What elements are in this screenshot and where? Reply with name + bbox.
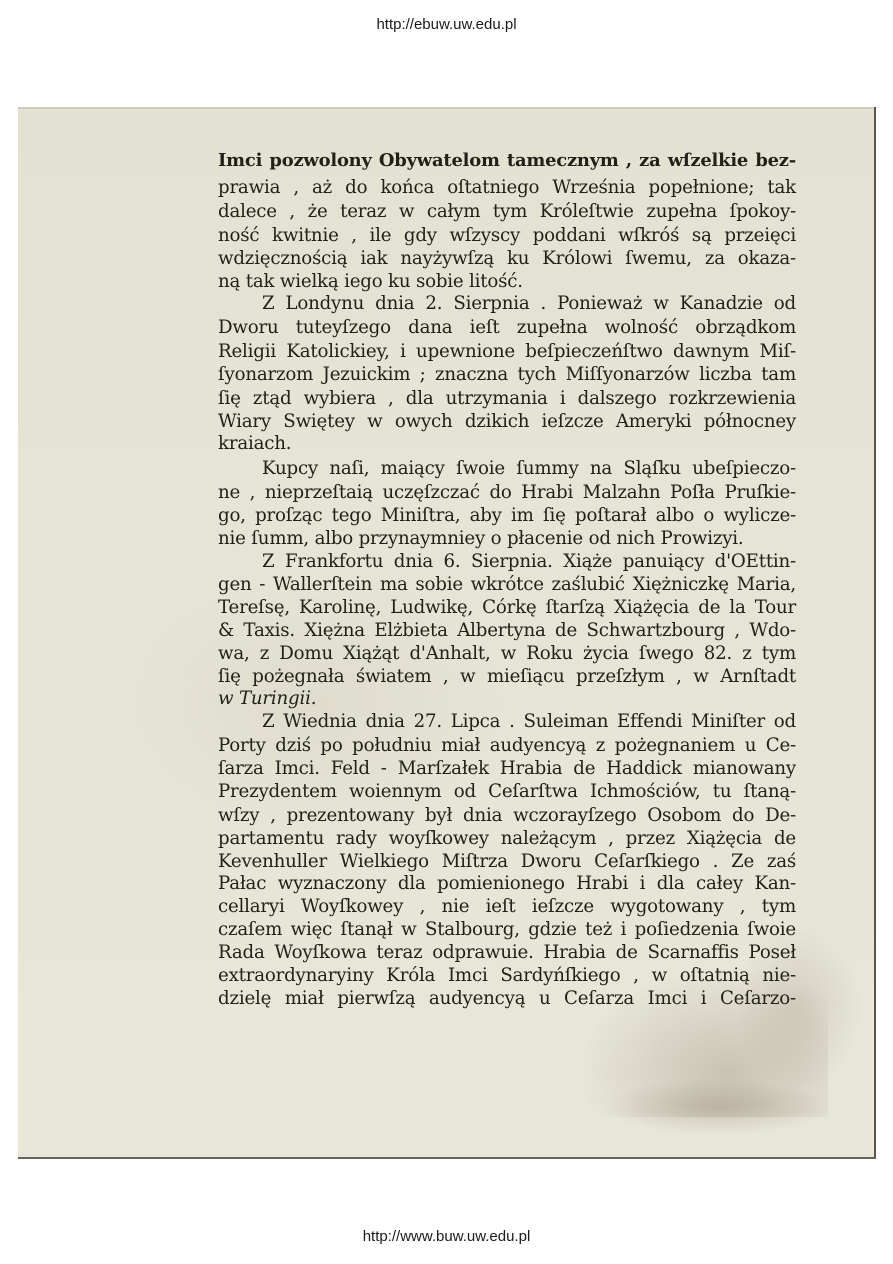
text-line: Dworu tuteyſzego dana ieſt zupełna wolno… xyxy=(218,317,796,339)
text-line: Kevenhuller Wielkiego Miſtrza Dworu Ceſa… xyxy=(218,851,796,873)
text-line: prawia , aż do końca oſtatniego Września… xyxy=(218,177,796,199)
text-line: Kupcy naſi, maiący ſwoie ſummy na Sląſku… xyxy=(262,458,796,480)
text-line: ność kwitnie , ile gdy wſzyscy poddani w… xyxy=(218,225,796,247)
text-line: kraiach. xyxy=(218,433,796,455)
text-line: dalece , że teraz w całym tym Króleſtwie… xyxy=(218,201,796,223)
text-line: Tereſsę, Karolinę, Ludwikę, Córkę ſtarſz… xyxy=(218,597,796,619)
text-line: ſię ztąd wybiera , dla utrzymania i dals… xyxy=(218,388,796,410)
text-line: Imci pozwolony Obywatelom tamecznym , za… xyxy=(218,150,796,172)
dateline-line: Z Londynu dnia 2. Sierpnia . Ponieważ w … xyxy=(262,293,796,315)
text-line: gen - Wallerſtein ma sobie wkrótce zaślu… xyxy=(218,574,796,596)
text-line: Porty dziś po południu miał audyencyą z … xyxy=(218,735,796,757)
text-line: go, proſząc tego Miniſtra, aby im ſię po… xyxy=(218,505,796,527)
dateline-line: Z Frankfortu dnia 6. Sierpnia. Xiąże pan… xyxy=(262,551,796,573)
text-line: dzielę miał pierwſzą audyencyą u Ceſarza… xyxy=(218,988,796,1010)
text-line: extraordynaryiny Króla Imci Sardyńſkiego… xyxy=(218,965,796,987)
text-line: ną tak wielką iego ku sobie litość. xyxy=(218,271,796,293)
dateline-line: Z Wiednia dnia 27. Lipca . Suleiman Effe… xyxy=(262,711,796,733)
footer-url[interactable]: http://www.buw.uw.edu.pl xyxy=(0,1228,893,1245)
header-url[interactable]: http://ebuw.uw.edu.pl xyxy=(0,16,893,33)
text-line: Prezydentem woiennym od Ceſarſtwa Ichmoś… xyxy=(218,781,796,803)
text-line: Religii Katolickiey, i upewnione beſpiec… xyxy=(218,341,796,363)
text-line: wdzięcznością iak nayżywſzą ku Królowi ſ… xyxy=(218,248,796,270)
text-line: nie ſumm, albo przynaymniey o płacenie o… xyxy=(218,528,796,550)
text-line: wſzy , prezentowany był dnia wczorayſzeg… xyxy=(218,805,796,827)
text-line: ne , nieprzeſtaią uczęſzczać do Hrabi Ma… xyxy=(218,482,796,504)
text-line: cellaryi Woyſkowey , nie ieſt ieſzcze wy… xyxy=(218,896,796,918)
text-line: Pałac wyznaczony dla pomienionego Hrabi … xyxy=(218,873,796,895)
text-line: ſię pożegnała światem , w mieſiącu przeſ… xyxy=(218,666,796,688)
text-line: ſyonarzom Jezuickim ; znaczna tych Miſſy… xyxy=(218,364,796,386)
text-line: w Turingii. xyxy=(218,688,796,710)
text-line: Rada Woyſkowa teraz odprawuie. Hrabia de… xyxy=(218,942,796,964)
text-line: czaſem więc ſtanął w Stalbourg, gdzie te… xyxy=(218,919,796,941)
text-line: & Taxis. Xiężna Elżbieta Albertyna de Sc… xyxy=(218,620,796,642)
text-line: ſarza Imci. Feld - Marſzałek Hrabia de H… xyxy=(218,758,796,780)
text-line: Wiary Swiętey w owych dzikich ieſzcze Am… xyxy=(218,411,796,433)
text-line: partamentu rady woyſkowey należącym , pr… xyxy=(218,828,796,850)
text-line: wa, z Domu Xiążąt d'Anhalt, w Roku życia… xyxy=(218,643,796,665)
